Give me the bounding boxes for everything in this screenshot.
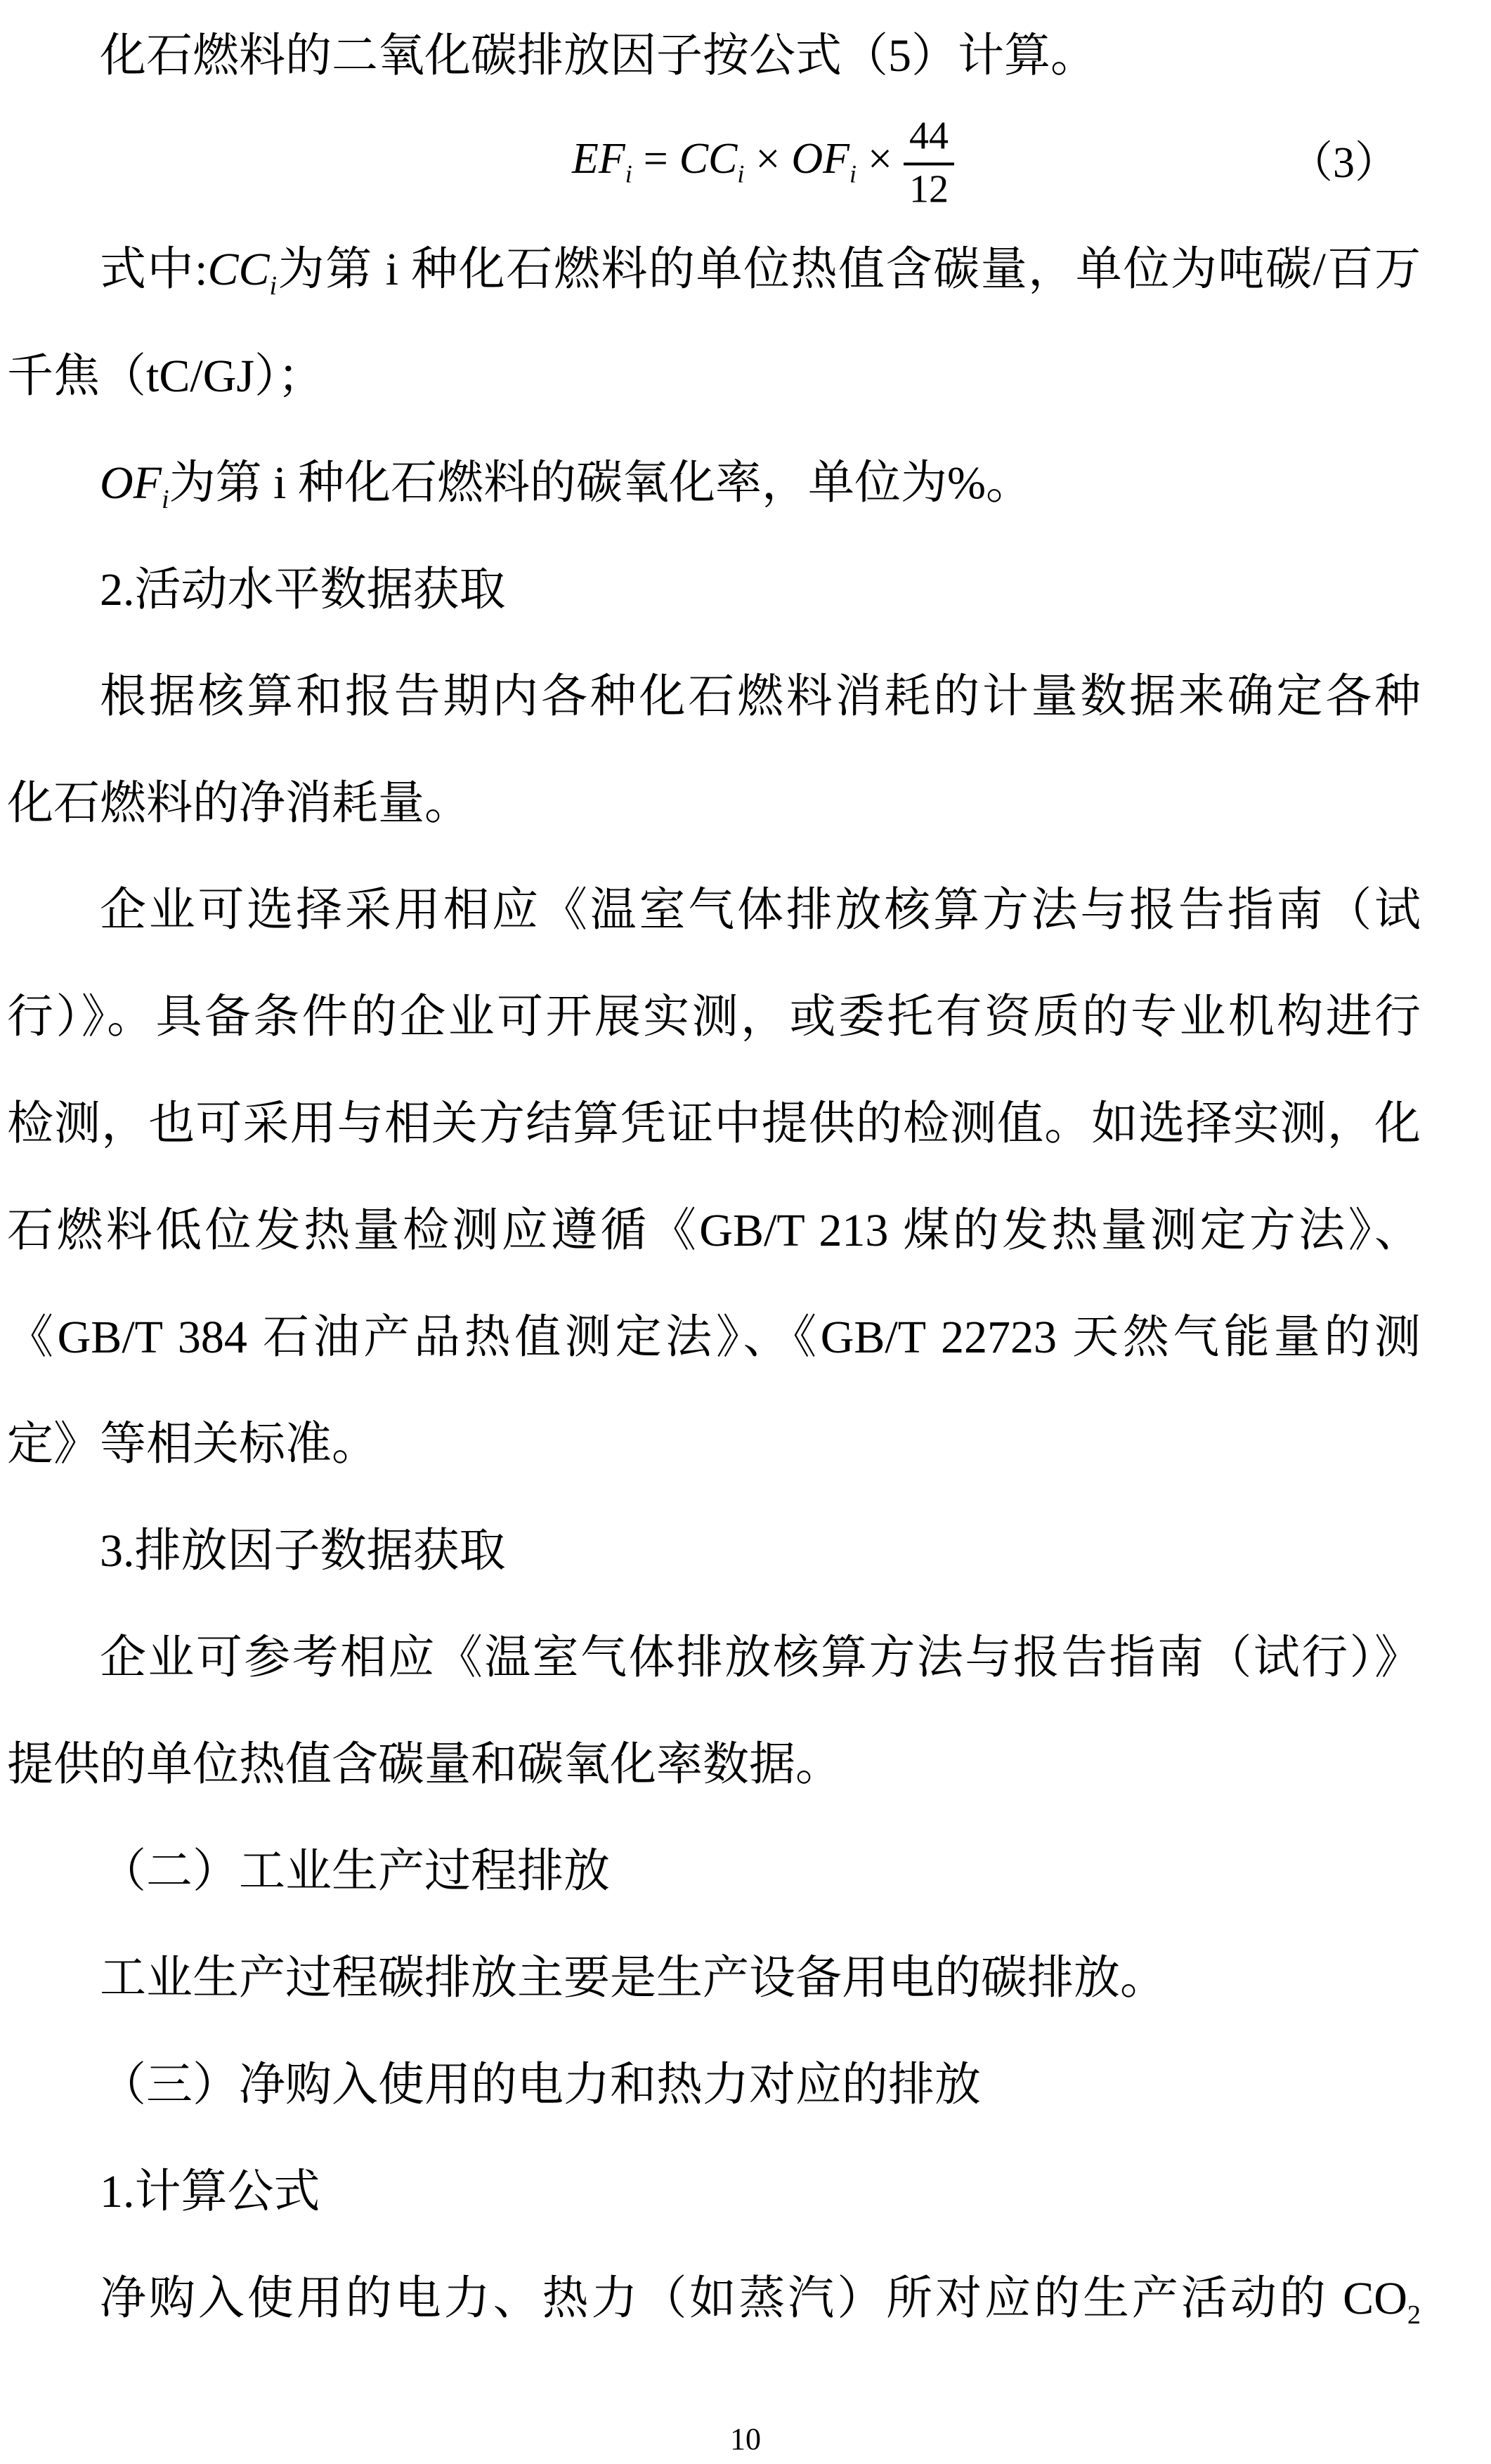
intro-line: 化石燃料的二氧化碳排放因子按公式（5）计算。 — [7, 3, 1421, 110]
page-number: 10 — [0, 2421, 1491, 2457]
guide-line-2: 行）》。具备条件的企业可开展实测，或委托有资质的专业机构进行 — [7, 964, 1421, 1071]
section-3-body: 净购入使用的电力、热力（如蒸汽）所对应的生产活动的 CO2 — [7, 2245, 1421, 2352]
guide-line-6: 定》等相关标准。 — [7, 1391, 1421, 1498]
factor-line-1: 企业可参考相应《温室气体排放核算方法与报告指南（试行）》 — [7, 1605, 1421, 1712]
where-of-line: OFi为第 i 种化石燃料的碳氧化率，单位为%。 — [7, 430, 1421, 537]
heading-emission-factor: 3.排放因子数据获取 — [7, 1498, 1421, 1605]
fraction-denominator: 12 — [904, 165, 954, 211]
guide-line-4: 石燃料低位发热量检测应遵循《GB/T 213 煤的发热量测定方法》、 — [7, 1178, 1421, 1284]
times-sign: × — [744, 135, 791, 183]
fraction-44-12: 4412 — [904, 115, 954, 211]
section-3-text: 净购入使用的电力、热力（如蒸汽）所对应的生产活动的 — [100, 2273, 1343, 2324]
times-sign: × — [857, 135, 904, 183]
document-page: 化石燃料的二氧化碳排放因子按公式（5）计算。 EFi=CCi×OFi×4412 … — [0, 0, 1491, 2464]
equation-sub-of: i — [849, 160, 857, 188]
equation-sub-cc: i — [737, 160, 744, 188]
equation-ef: EFi=CCi×OFi×4412 — [572, 115, 954, 211]
equation-var-cc: CC — [679, 135, 738, 183]
section-2-body: 工业生产过程碳排放主要是生产设备用电的碳排放。 — [7, 1925, 1421, 2032]
text-column: 化石燃料的二氧化碳排放因子按公式（5）计算。 EFi=CCi×OFi×4412 … — [7, 3, 1421, 2352]
equation-var-ef: EF — [572, 135, 625, 183]
where-cc-text: 为第 i 种化石燃料的单位热值含碳量，单位为吨碳/百万 — [277, 244, 1421, 295]
co2-subscript: 2 — [1407, 2300, 1421, 2330]
factor-line-2: 提供的单位热值含碳量和碳氧化率数据。 — [7, 1712, 1421, 1818]
where-prefix: 式中: — [100, 244, 207, 295]
where-var-of: OF — [100, 457, 162, 509]
fraction-numerator: 44 — [904, 115, 954, 165]
equals-sign: = — [632, 135, 679, 183]
activity-line-1: 根据核算和报告期内各种化石燃料消耗的计量数据来确定各种 — [7, 644, 1421, 750]
heading-section-3: （三）净购入使用的电力和热力对应的排放 — [7, 2032, 1421, 2139]
equation-number: （3） — [1289, 110, 1398, 216]
where-cc-line: 式中:CCi为第 i 种化石燃料的单位热值含碳量，单位为吨碳/百万 — [7, 216, 1421, 323]
where-sub-of: i — [162, 485, 169, 514]
equation-var-of: OF — [791, 135, 849, 183]
where-var-cc: CC — [207, 244, 269, 295]
heading-section-2: （二）工业生产过程排放 — [7, 1818, 1421, 1925]
heading-activity-data: 2.活动水平数据获取 — [7, 537, 1421, 644]
guide-line-3: 检测，也可采用与相关方结算凭证中提供的检测值。如选择实测，化 — [7, 1071, 1421, 1178]
where-sub-cc: i — [269, 271, 277, 301]
where-cc-cont-line: 千焦（tC/GJ）； — [7, 323, 1421, 430]
where-of-text: 为第 i 种化石燃料的碳氧化率，单位为%。 — [169, 457, 1032, 509]
guide-line-5: 《GB/T 384 石油产品热值测定法》、《GB/T 22723 天然气能量的测 — [7, 1284, 1421, 1391]
activity-line-2: 化石燃料的净消耗量。 — [7, 750, 1421, 857]
co2-base: CO — [1343, 2273, 1407, 2324]
guide-line-1: 企业可选择采用相应《温室气体排放核算方法与报告指南（试 — [7, 857, 1421, 964]
heading-calc-formula: 1.计算公式 — [7, 2139, 1421, 2245]
equation-row: EFi=CCi×OFi×4412 （3） — [7, 110, 1421, 216]
equation-sub-ef: i — [625, 160, 632, 188]
